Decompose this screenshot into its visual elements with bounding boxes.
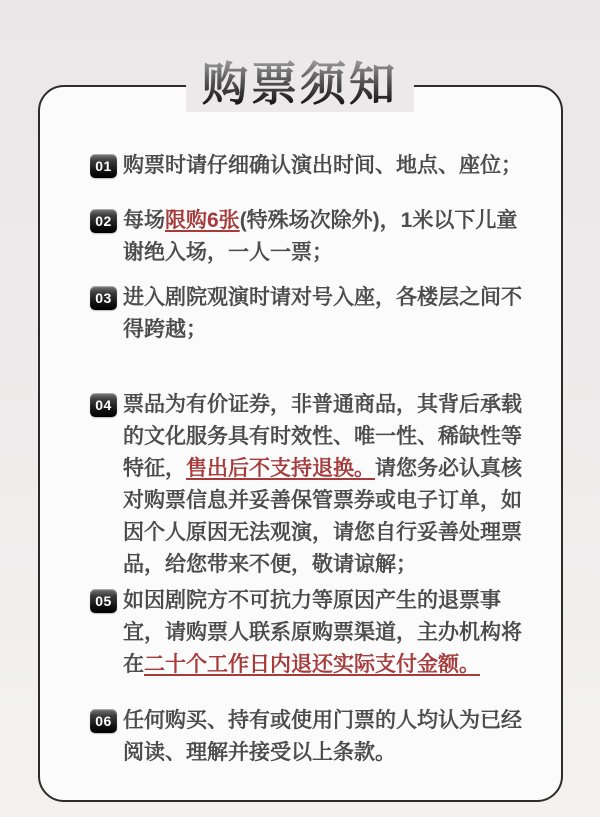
item-text: 如因剧院方不可抗力等原因产生的退票事宜，请购票人联系原购票渠道，主办机构将在二十…	[123, 585, 523, 681]
page-title: 购票须知	[186, 58, 414, 112]
item-number-badge: 03	[90, 286, 117, 310]
highlighted-text: 限购6张	[165, 209, 240, 232]
notice-item: 02 每场限购6张(特殊场次除外)，1米以下儿童谢绝入场，一人一票；	[90, 205, 526, 269]
notice-item: 06 任何购买、持有或使用门票的人均认为已经阅读、理解并接受以上条款。	[90, 705, 526, 769]
notice-item: 05 如因剧院方不可抗力等原因产生的退票事宜，请购票人联系原购票渠道，主办机构将…	[90, 585, 526, 681]
item-number-badge: 02	[90, 209, 117, 233]
text-segment: 任何购买、持有或使用门票的人均认为已经阅读、理解并接受以上条款。	[123, 709, 522, 764]
item-text: 任何购买、持有或使用门票的人均认为已经阅读、理解并接受以上条款。	[123, 705, 523, 769]
item-text: 每场限购6张(特殊场次除外)，1米以下儿童谢绝入场，一人一票；	[123, 205, 523, 269]
text-segment: 进入剧院观演时请对号入座，各楼层之间不得跨越；	[123, 286, 522, 341]
text-segment: 每场	[123, 209, 165, 232]
item-text: 票品为有价证券，非普通商品，其背后承载的文化服务具有时效性、唯一性、稀缺性等特征…	[123, 389, 523, 581]
ticket-notice-page: 购票须知 01 购票时请仔细确认演出时间、地点、座位； 02 每场限购6张(特殊…	[0, 0, 600, 817]
item-number-badge: 06	[90, 709, 117, 733]
notice-item: 01 购票时请仔细确认演出时间、地点、座位；	[90, 150, 526, 182]
text-segment: 购票时请仔细确认演出时间、地点、座位；	[123, 154, 522, 177]
item-text: 进入剧院观演时请对号入座，各楼层之间不得跨越；	[123, 282, 523, 346]
page-title-text: 购票须知	[202, 59, 398, 110]
notice-item: 03 进入剧院观演时请对号入座，各楼层之间不得跨越；	[90, 282, 526, 346]
item-text: 购票时请仔细确认演出时间、地点、座位；	[123, 150, 523, 182]
highlighted-text: 二十个工作日内退还实际支付金额。	[144, 653, 480, 676]
notice-items-list: 01 购票时请仔细确认演出时间、地点、座位； 02 每场限购6张(特殊场次除外)…	[90, 150, 526, 769]
item-number-badge: 01	[90, 154, 117, 178]
item-number-badge: 05	[90, 589, 117, 613]
item-number-badge: 04	[90, 393, 117, 417]
notice-item: 04 票品为有价证券，非普通商品，其背后承载的文化服务具有时效性、唯一性、稀缺性…	[90, 389, 526, 581]
highlighted-text: 售出后不支持退换。	[186, 457, 375, 480]
